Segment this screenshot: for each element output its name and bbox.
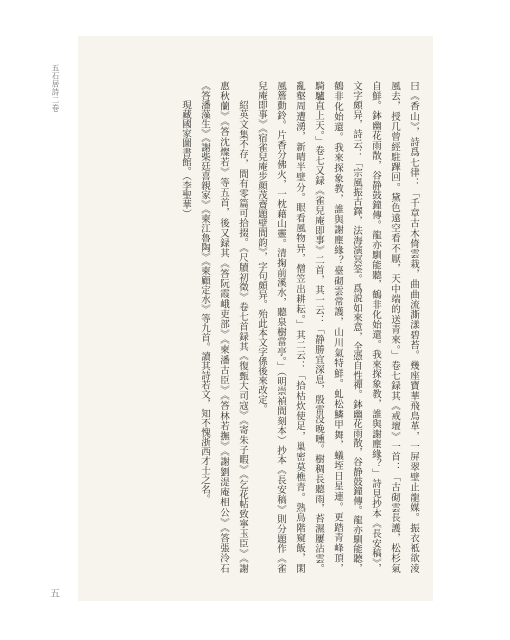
- text-column: 亂壑周遭湧，新晴半壁分。眼看風物异，僧笠出耕耘。」其二云：「拾枯炊使足，巢密莫樵…: [290, 81, 309, 573]
- text-column: 紹英文集不存，間有零篇可拾掇。《尺牘初徵》卷七首録其《復甄大司寇》《寄朱子暇》《…: [233, 81, 252, 573]
- body-text: 曰《香山》，詩爲七律：「千章古木倚雲栽，曲曲流澌漾碧苔。幾座寶華飛鳥革，一屏翠壁…: [176, 81, 423, 573]
- text-column: 《答潘藻生》《謝柴廷喜親家》《柬江魯陶》《柬顧定水》等九首。讀其詩若文，知不愧浙…: [195, 81, 214, 573]
- running-head: 五石居詩二卷: [51, 64, 60, 112]
- text-column: 現藏國家圖書館。（李聖華）: [176, 81, 195, 573]
- text-column: 鶴非化始還。我來探象教，誰與謝塵緣？臺砌雲常護，山川氣特鮮。虬松鱗甲舞，蟻垤日星…: [328, 81, 347, 573]
- text-column: 風簷動鈴。片香分佛火，一枕藉山靈。清掬前溪水，聽泉樹當亭。」（明崇禎間刻本）抄本…: [271, 81, 290, 573]
- page-number: 五: [49, 589, 61, 601]
- text-column: 惠秋蘭》《答沈燦若》等五首，後又録其《答阮霞峨吏部》《柬潘古臣》《答林若撫》《謝…: [214, 81, 233, 573]
- text-column: 文字頗异，詩云：「宗風振古鐸，法海演冥筌。爲説如來意，全憑自性禪。鉢幽花雨散，谷…: [347, 81, 366, 573]
- text-column: 兒庵即事》《宿雀兒庵步顔茂齋題壁間韵》，字句頗异。殆此本文字係後來改定。: [252, 81, 271, 573]
- text-column: 曰《香山》，詩爲七律：「千章古木倚雲栽，曲曲流澌漾碧苔。幾座寶華飛鳥革，一屏翠壁…: [404, 81, 423, 573]
- text-column: 風去，授几曾經駐蹕回。黛色遠空看不厭，天中端的送青來。」卷七録其《戒壇》一首：「…: [385, 81, 404, 573]
- text-column: 自鮮。鉢幽花雨散，谷静鼓鐘傳。龍亦馴能聽，鶴非化始還。我來探象教，誰與謝塵緣？」…: [366, 81, 385, 573]
- text-column: 騎驢直上天。」卷七又録《雀兒庵即事》二首，其一云：「静勝宜深息，殷雷没晚曛。樹稠…: [309, 81, 328, 573]
